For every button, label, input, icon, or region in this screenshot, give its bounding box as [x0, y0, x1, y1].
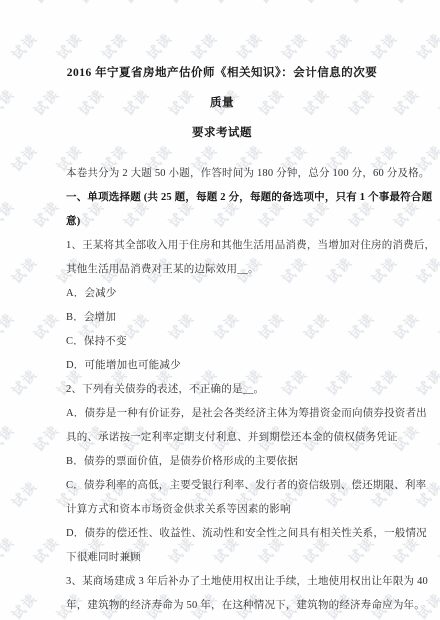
q2-option-d-line-2: 下很难同时兼顾: [66, 552, 378, 564]
q2-option-a-line-2: 具的、承诺按一定利率定期支付利息、并到期偿还本金的债权债务凭证: [66, 432, 378, 444]
q2-option-c-line-2: 计算方式和资本市场资金供求关系等因素的影响: [66, 504, 378, 516]
q1-option-a: A．会减少: [66, 288, 378, 300]
q1-stem-line-2: 其他生活用品消费对王某的边际效用__。: [66, 264, 378, 276]
q1-option-d: D．可能增加也可能减少: [66, 360, 378, 372]
q2-option-d-line-1: D．债券的偿还性、收益性、流动性和安全性之间具有相关性关系，一般情况: [66, 528, 378, 540]
q2-option-a-line-1: A．债券是一种有价证券，是社会各类经济主体为筹措资金而向债券投资者出: [66, 408, 378, 420]
q2-option-c-line-1: C．债券利率的高低，主要受银行利率、发行者的资信级别、偿还期限、利率: [66, 480, 378, 492]
q2-option-b: B．债券的票面价值，是债券价格形成的主要依据: [66, 456, 378, 468]
q1-stem-line-1: 1、王某将其全部收入用于住房和其他生活用品消费，当增加对住房的消费后，: [66, 240, 378, 252]
exam-overview: 本卷共分为 2 大题 50 小题，作答时间为 180 分钟，总分 100 分，6…: [66, 168, 378, 180]
exam-document-page: 试读试读试读试读试读试读试读试读试读试读试读试读试读试读试读试读试读试读试读试读…: [0, 0, 440, 620]
document-content: 2016 年宁夏省房地产估价师《相关知识》：会计信息的次要质量 要求考试题 本卷…: [0, 0, 440, 612]
q3-stem-line-2: 年，建筑物的经济寿命为 50 年，在这种情况下，建筑物的经济寿命应为年。: [66, 600, 378, 612]
q1-option-b: B．会增加: [66, 312, 378, 324]
title-line-1: 2016 年宁夏省房地产估价师《相关知识》：会计信息的次要质量: [66, 58, 378, 118]
q1-option-c: C．保持不变: [66, 336, 378, 348]
document-title: 2016 年宁夏省房地产估价师《相关知识》：会计信息的次要质量 要求考试题: [66, 58, 378, 148]
q2-stem: 2、下列有关债券的表述，不正确的是__。: [66, 384, 378, 396]
q3-stem-line-1: 3、某商场建成 3 年后补办了土地使用权出让手续，土地使用权出让年限为 40: [66, 576, 378, 588]
section-heading-line-2: 意): [66, 216, 378, 228]
title-line-2: 要求考试题: [66, 118, 378, 148]
section-heading-line-1: 一、单项选择题 (共 25 题，每题 2 分，每题的备选项中，只有 1 个事最符…: [66, 192, 378, 204]
